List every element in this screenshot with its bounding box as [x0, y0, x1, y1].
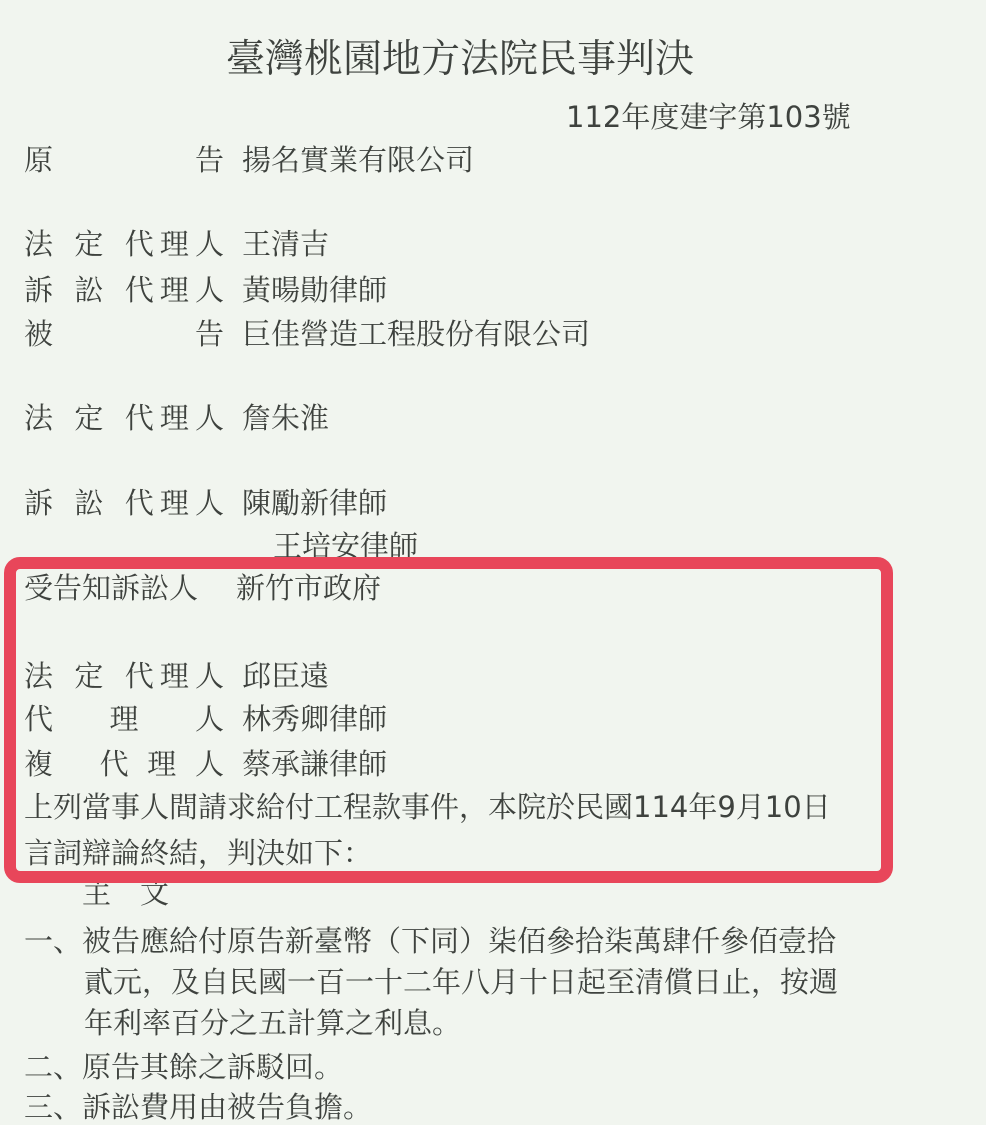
party-name: 黃暘勛律師 — [242, 275, 387, 306]
party-row-notified-party: 受告知訴訟人新竹市政府 — [24, 573, 381, 604]
main-text-heading: 主 文 — [82, 878, 169, 909]
party-name: 王清吉 — [242, 229, 329, 260]
holding-item-2: 二、原告其餘之訴駁回。 — [24, 1047, 860, 1088]
document-title: 臺灣桃園地方法院民事判決 — [226, 38, 694, 82]
party-name: 詹朱淮 — [242, 403, 329, 434]
party-name: 揚名實業有限公司 — [242, 145, 474, 176]
party-name: 蔡承謙律師 — [242, 749, 387, 780]
party-row-defendant: 被 告巨佳營造工程股份有限公司 — [24, 319, 590, 350]
party-role-label: 法 定 代理人 — [24, 661, 224, 692]
party-role-label: 受告知訴訟人 — [24, 573, 224, 604]
party-role-label: 代 理 人 — [24, 704, 224, 735]
party-row-legal-rep: 法 定 代理人邱臣遠 — [24, 661, 329, 692]
party-row-legal-rep: 法 定 代理人詹朱淮 — [24, 403, 329, 434]
party-row-sub-agent: 複 代理人蔡承謙律師 — [24, 749, 387, 780]
party-role-label: 原 告 — [24, 145, 224, 176]
party-role-label: 訴 訟 代理人 — [24, 275, 224, 306]
party-role-label: 複 代理人 — [24, 749, 224, 780]
party-row-agent: 代 理 人林秀卿律師 — [24, 704, 387, 735]
party-row-plaintiff: 原 告揚名實業有限公司 — [24, 145, 474, 176]
party-name: 陳勵新律師 — [242, 488, 387, 519]
holding-item-1: 一、被告應給付原告新臺幣（下同）柒佰參拾柒萬肆仟參佰壹拾貳元，及自民國一百一十二… — [24, 921, 860, 1044]
case-number: 112年度建字第103號 — [566, 101, 851, 133]
party-role-label: 被 告 — [24, 319, 224, 350]
party-row-legal-rep: 法 定 代理人王清吉 — [24, 229, 329, 260]
party-row-litigation-rep-cont: 王培安律師 — [24, 531, 418, 562]
judgment-document-page: 臺灣桃園地方法院民事判決 112年度建字第103號 原 告揚名實業有限公司 法 … — [0, 0, 986, 1125]
party-name: 邱臣遠 — [242, 661, 329, 692]
party-name: 林秀卿律師 — [242, 704, 387, 735]
party-name: 巨佳營造工程股份有限公司 — [242, 319, 590, 350]
party-name: 王培安律師 — [273, 531, 418, 562]
party-row-litigation-rep: 訴 訟 代理人陳勵新律師 — [24, 488, 387, 519]
party-role-label: 法 定 代理人 — [24, 403, 224, 434]
party-row-litigation-rep: 訴 訟 代理人黃暘勛律師 — [24, 275, 387, 306]
party-role-label: 訴 訟 代理人 — [24, 488, 224, 519]
holding-item-3: 三、訴訟費用由被告負擔。 — [24, 1087, 860, 1125]
party-name: 新竹市政府 — [236, 573, 381, 604]
preamble-paragraph: 上列當事人間請求給付工程款事件，本院於民國114年9月10日言詞辯論終結，判決如… — [24, 784, 856, 876]
party-role-label: 法 定 代理人 — [24, 229, 224, 260]
